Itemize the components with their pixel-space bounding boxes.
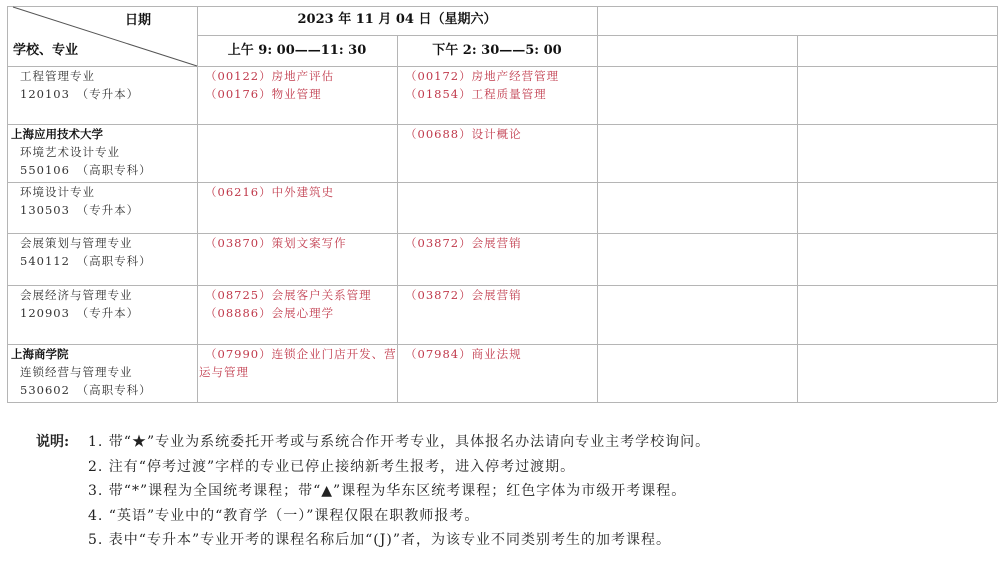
morning-courses: （03870）策划文案写作 xyxy=(197,234,397,252)
divider xyxy=(597,6,598,402)
morning-courses: （00122）房地产评估 （00176）物业管理 xyxy=(197,67,397,103)
note-item: 2. 注有“停考过渡”字样的专业已停止接纳新考生报考，进入停考过渡期。 xyxy=(36,455,710,480)
afternoon-courses: （00688）设计概论 xyxy=(397,125,597,143)
exam-date: 2023 年 11 月 04 日（星期六） xyxy=(197,11,597,29)
major-name: 会展策划与管理专业 xyxy=(7,234,197,252)
table-row-major: 环境设计专业 130503 （专升本） xyxy=(7,183,197,219)
course: （08886）会展心理学 xyxy=(197,304,397,322)
course: （03872）会展营销 xyxy=(397,286,597,304)
course: （07984）商业法规 xyxy=(397,345,597,363)
major-code: 550106 （高职专科） xyxy=(7,161,197,179)
afternoon-courses: （07984）商业法规 xyxy=(397,345,597,363)
table-row-major: 上海应用技术大学 环境艺术设计专业 550106 （高职专科） xyxy=(7,125,197,179)
morning-courses: （07990）连锁企业门店开发、营 运与管理 xyxy=(197,345,397,381)
note-item: 4. “英语”专业中的“教育学（一）”课程仅限在职教师报考。 xyxy=(36,504,710,529)
major-name: 工程管理专业 xyxy=(7,67,197,85)
major-code: 530602 （高职专科） xyxy=(7,381,197,399)
afternoon-courses: （00172）房地产经营管理 （01854）工程质量管理 xyxy=(397,67,597,103)
afternoon-courses: （03872）会展营销 xyxy=(397,234,597,252)
major-name: 环境艺术设计专业 xyxy=(7,143,197,161)
note-item: 5. 表中“专升本”专业开考的课程名称后加“(J)”者，为该专业不同类别考生的加… xyxy=(36,528,710,553)
table-row-major: 会展经济与管理专业 120903 （专升本） xyxy=(7,286,197,322)
table-row-major: 工程管理专业 120103 （专升本） xyxy=(7,67,197,103)
course: （01854）工程质量管理 xyxy=(397,85,597,103)
notes-label: 说明: xyxy=(36,430,69,455)
course: （03872）会展营销 xyxy=(397,234,597,252)
morning-courses: （06216）中外建筑史 xyxy=(197,183,397,201)
table-row-major: 上海商学院 连锁经营与管理专业 530602 （高职专科） xyxy=(7,345,197,399)
notes-section: 说明: 1. 带“★”专业为系统委托开考或与系统合作开考专业，具体报名办法请向专… xyxy=(36,430,710,553)
corner-school-label: 学校、专业 xyxy=(13,42,133,60)
afternoon-courses: （03872）会展营销 xyxy=(397,286,597,304)
table-row-major: 会展策划与管理专业 540112 （高职专科） xyxy=(7,234,197,270)
major-code: 120903 （专升本） xyxy=(7,304,197,322)
major-name: 会展经济与管理专业 xyxy=(7,286,197,304)
course: 运与管理 xyxy=(197,363,397,381)
course: （00122）房地产评估 xyxy=(197,67,397,85)
session-afternoon: 下午 2: 30——5: 00 xyxy=(397,42,597,60)
course: （00172）房地产经营管理 xyxy=(397,67,597,85)
major-code: 130503 （专升本） xyxy=(7,201,197,219)
note-item: 3. 带“*”课程为全国统考课程；带“▲”课程为华东区统考课程；红色字体为市级开… xyxy=(36,479,710,504)
school-name: 上海商学院 xyxy=(7,345,197,363)
course: （08725）会展客户关系管理 xyxy=(197,286,397,304)
major-name: 环境设计专业 xyxy=(7,183,197,201)
divider xyxy=(7,402,997,403)
major-name: 连锁经营与管理专业 xyxy=(7,363,197,381)
note-item: 1. 带“★”专业为系统委托开考或与系统合作开考专业，具体报名办法请向专业主考学… xyxy=(36,430,710,455)
corner-date-label: 日期 xyxy=(125,12,185,30)
session-morning: 上午 9: 00——11: 30 xyxy=(197,42,397,60)
exam-schedule-table: 日期 学校、专业 2023 年 11 月 04 日（星期六） 上午 9: 00—… xyxy=(7,6,997,402)
major-code: 540112 （高职专科） xyxy=(7,252,197,270)
morning-courses: （08725）会展客户关系管理 （08886）会展心理学 xyxy=(197,286,397,322)
course: （07990）连锁企业门店开发、营 xyxy=(197,345,397,363)
course: （00688）设计概论 xyxy=(397,125,597,143)
school-name: 上海应用技术大学 xyxy=(7,125,197,143)
course: （03870）策划文案写作 xyxy=(197,234,397,252)
course: （06216）中外建筑史 xyxy=(197,183,397,201)
course: （00176）物业管理 xyxy=(197,85,397,103)
major-code: 120103 （专升本） xyxy=(7,85,197,103)
divider xyxy=(997,6,998,402)
divider xyxy=(797,35,798,402)
